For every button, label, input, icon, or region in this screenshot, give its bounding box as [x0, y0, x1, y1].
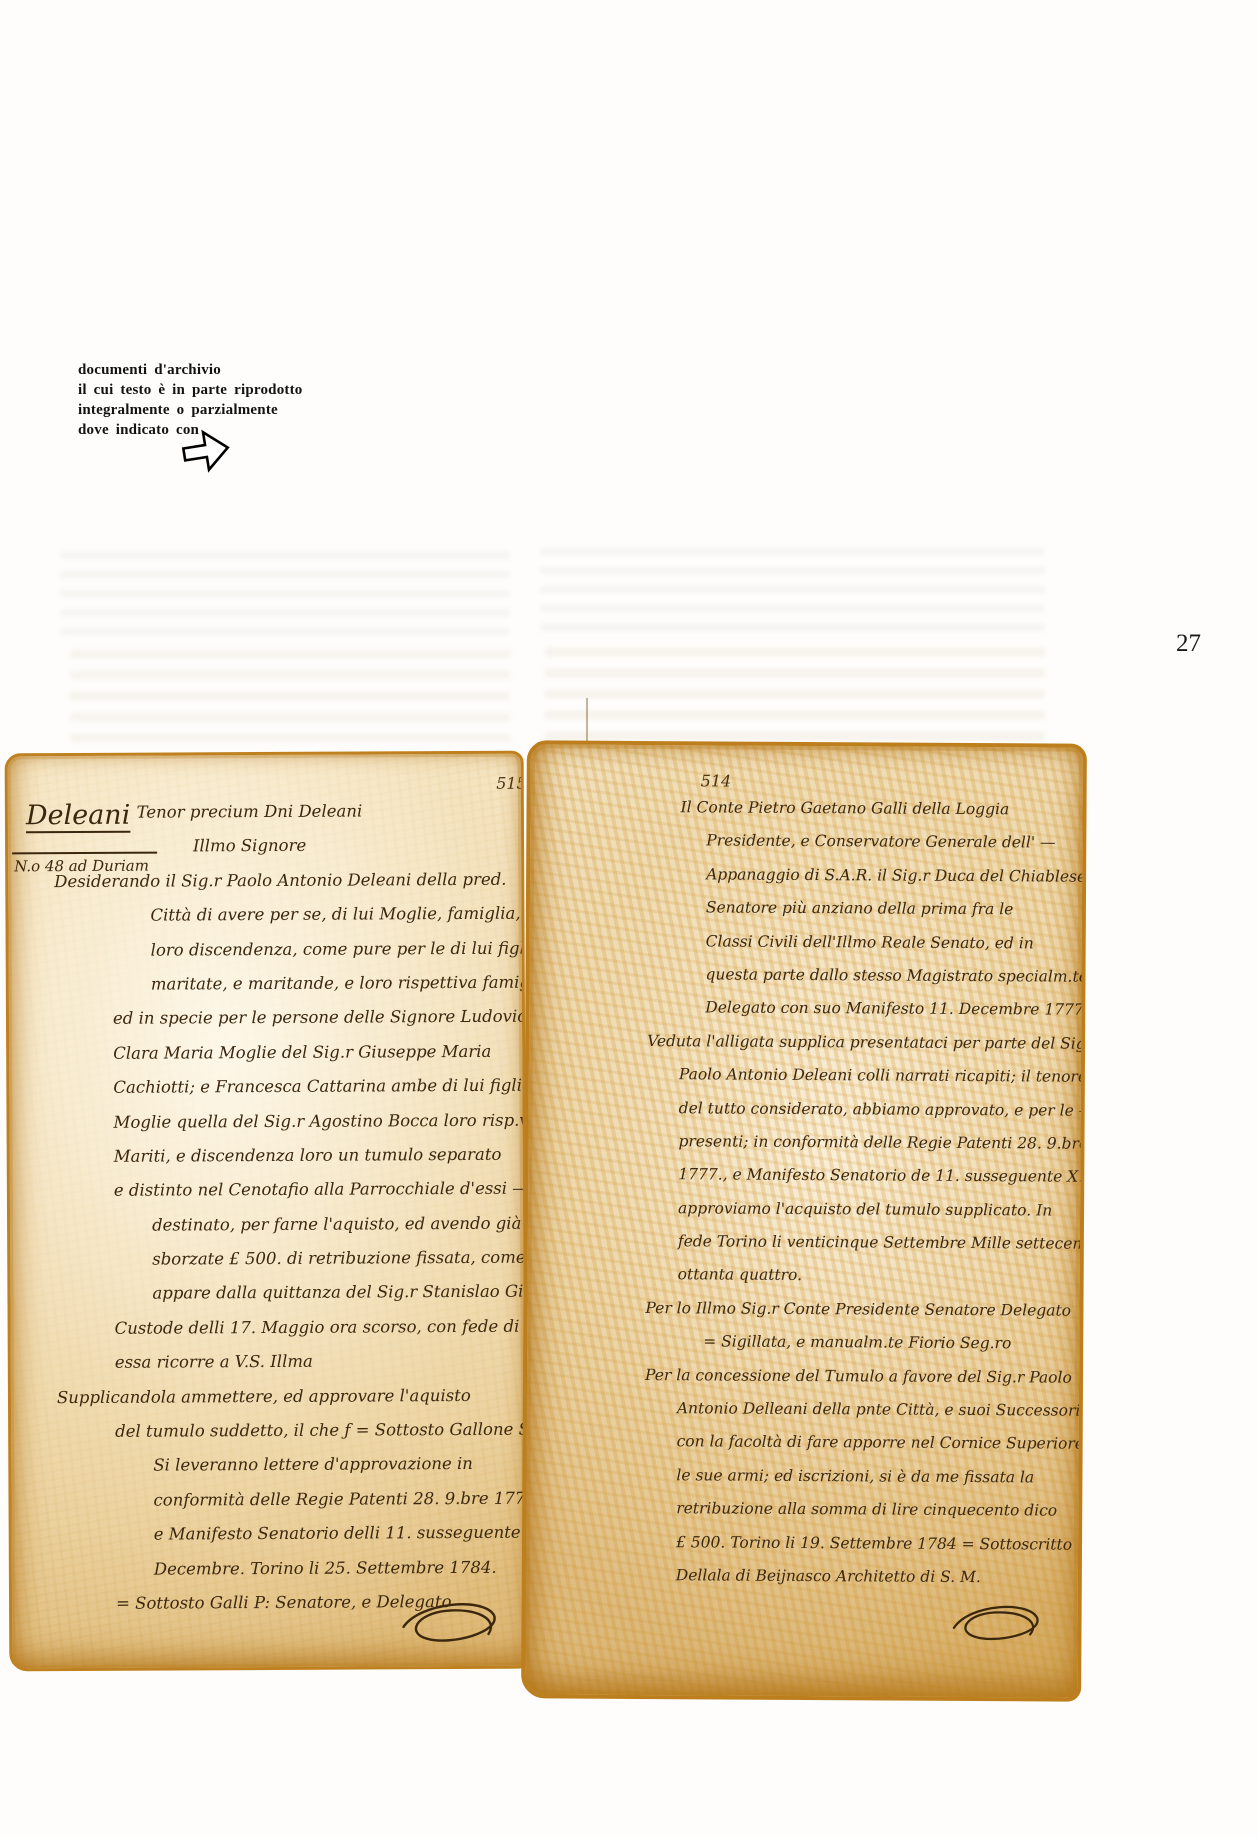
manuscript-line: Decembre. Torino li 25. Settembre 1784. [154, 1550, 525, 1586]
manuscript-line: del tumulo suddetto, il che ƒ = Sottosto… [115, 1413, 524, 1450]
manuscript-line: Dellala di Beijnasco Architetto di S. M. [676, 1559, 1078, 1595]
manuscript-line: approviamo l'acquisto del tumulo supplic… [678, 1192, 1080, 1228]
caption-line: integralmente o parzialmente [78, 400, 303, 420]
manuscript-line: sborzate £ 500. di retribuzione fissata,… [152, 1241, 523, 1277]
caption-line: il cui testo è in parte riprodotto [78, 380, 303, 400]
manuscript-line: appare dalla quittanza del Sig.r Stanisl… [152, 1275, 523, 1311]
manuscript-text: Tenor precium Dni DeleaniIllmo SignoreDe… [8, 794, 525, 1622]
signature-flourish-icon [943, 1593, 1047, 1650]
manuscript-line: conformità delle Regie Patenti 28. 9.bre… [153, 1481, 524, 1517]
folio-number: 514 [701, 771, 732, 790]
manuscript-line: Mariti, e discendenza loro un tumulo sep… [114, 1138, 523, 1175]
bleedthrough-ghost [545, 648, 1045, 740]
bleedthrough-ghost [70, 650, 510, 742]
manuscript-line: Custode delli 17. Maggio ora scorso, con… [115, 1310, 524, 1347]
manuscript-line: 1777., e Manifesto Senatorio de 11. suss… [678, 1159, 1080, 1195]
manuscript-line: essa ricorre a V.S. Illma [115, 1344, 524, 1381]
manuscript-line: £ 500. Torino li 19. Settembre 1784 = So… [676, 1526, 1078, 1562]
manuscript-line: questa parte dallo stesso Magistrato spe… [705, 958, 1081, 994]
manuscript-line: Classi Civili dell'Illmo Reale Senato, e… [706, 925, 1082, 961]
manuscript-right: 514 Il Conte Pietro Gaetano Galli della … [521, 740, 1087, 1701]
manuscript-line: Si leveranno lettere d'approvazione in [153, 1447, 524, 1483]
manuscript-line: Supplicandola ammettere, ed approvare l'… [57, 1378, 524, 1415]
manuscript-line: Per lo Illmo Sig.r Conte Presidente Sena… [645, 1292, 1079, 1328]
manuscript-line: presenti; in conformità delle Regie Pate… [678, 1125, 1080, 1161]
manuscript-line: maritate, e maritande, e loro rispettiva… [151, 966, 522, 1002]
manuscript-line: Per la concessione del Tumulo a favore d… [645, 1359, 1079, 1395]
manuscript-line: Cachiotti; e Francesca Cattarina ambe di… [113, 1069, 522, 1106]
bleedthrough-ghost [540, 548, 1045, 638]
book-page: documenti d'archivioil cui testo è in pa… [0, 0, 1258, 1837]
manuscript-line: Il Conte Pietro Gaetano Galli della Logg… [680, 791, 1082, 827]
manuscript-line: Antonio Delleani della pnte Città, e suo… [677, 1392, 1079, 1428]
manuscript-line: e Manifesto Senatorio delli 11. sussegue… [154, 1516, 525, 1552]
manuscript-line: Presidente, e Conservatore Generale dell… [706, 825, 1082, 861]
manuscript-line: Clara Maria Moglie del Sig.r Giuseppe Ma… [113, 1034, 522, 1071]
page-number: 27 [1176, 630, 1201, 658]
manuscript-line: Città di avere per se, di lui Moglie, fa… [150, 897, 521, 933]
manuscript-line: e distinto nel Cenotafio alla Parrocchia… [114, 1172, 523, 1209]
manuscript-line: destinato, per farne l'aquisto, ed avend… [152, 1206, 523, 1242]
signature-flourish-icon [394, 1592, 506, 1651]
manuscript-line: Veduta l'alligata supplica presentataci … [647, 1025, 1081, 1061]
manuscript-line: le sue armi; ed iscrizioni, si è da me f… [676, 1459, 1078, 1495]
manuscript-line: Delegato con suo Manifesto 11. Decembre … [705, 992, 1081, 1028]
manuscript-line: Moglie quella del Sig.r Agostino Bocca l… [113, 1103, 522, 1140]
bleedthrough-ghost [60, 552, 510, 638]
manuscript-left: 515 Deleani N.o 48 ad Duriam Tenor preci… [5, 751, 529, 1672]
manuscript-line: Appanaggio di S.A.R. il Sig.r Duca del C… [706, 858, 1082, 894]
manuscript-line: del tutto considerato, abbiamo approvato… [679, 1092, 1081, 1128]
manuscript-line: fede Torino li venticinque Settembre Mil… [678, 1225, 1080, 1261]
manuscript-line: Paolo Antonio Deleani colli narrati rica… [679, 1058, 1081, 1094]
arrow-right-icon [177, 423, 236, 479]
manuscript-line: ed in specie per le persone delle Signor… [113, 1000, 522, 1037]
manuscript-line: Illmo Signore [8, 828, 521, 865]
manuscript-line: con la facoltà di fare apporre nel Corni… [677, 1426, 1079, 1462]
folio-number: 515 [496, 774, 527, 793]
manuscript-line: loro discendenza, come pure per le di lu… [151, 931, 522, 967]
manuscript-line: Tenor precium Dni Deleani [8, 794, 521, 831]
manuscript-line: Desiderando il Sig.r Paolo Antonio Delea… [54, 862, 521, 899]
caption-line: documenti d'archivio [78, 360, 303, 380]
manuscript-line: retribuzione alla somma di lire cinquece… [676, 1492, 1078, 1528]
manuscript-line: Senatore più anziano della prima fra le [706, 892, 1082, 928]
manuscript-line: ottanta quattro. [678, 1259, 1080, 1295]
manuscript-line: = Sigillata, e manualm.te Fiorio Seg.ro [703, 1326, 1079, 1362]
caption-block: documenti d'archivioil cui testo è in pa… [78, 360, 303, 440]
manuscript-text: Il Conte Pietro Gaetano Galli della Logg… [526, 790, 1083, 1595]
